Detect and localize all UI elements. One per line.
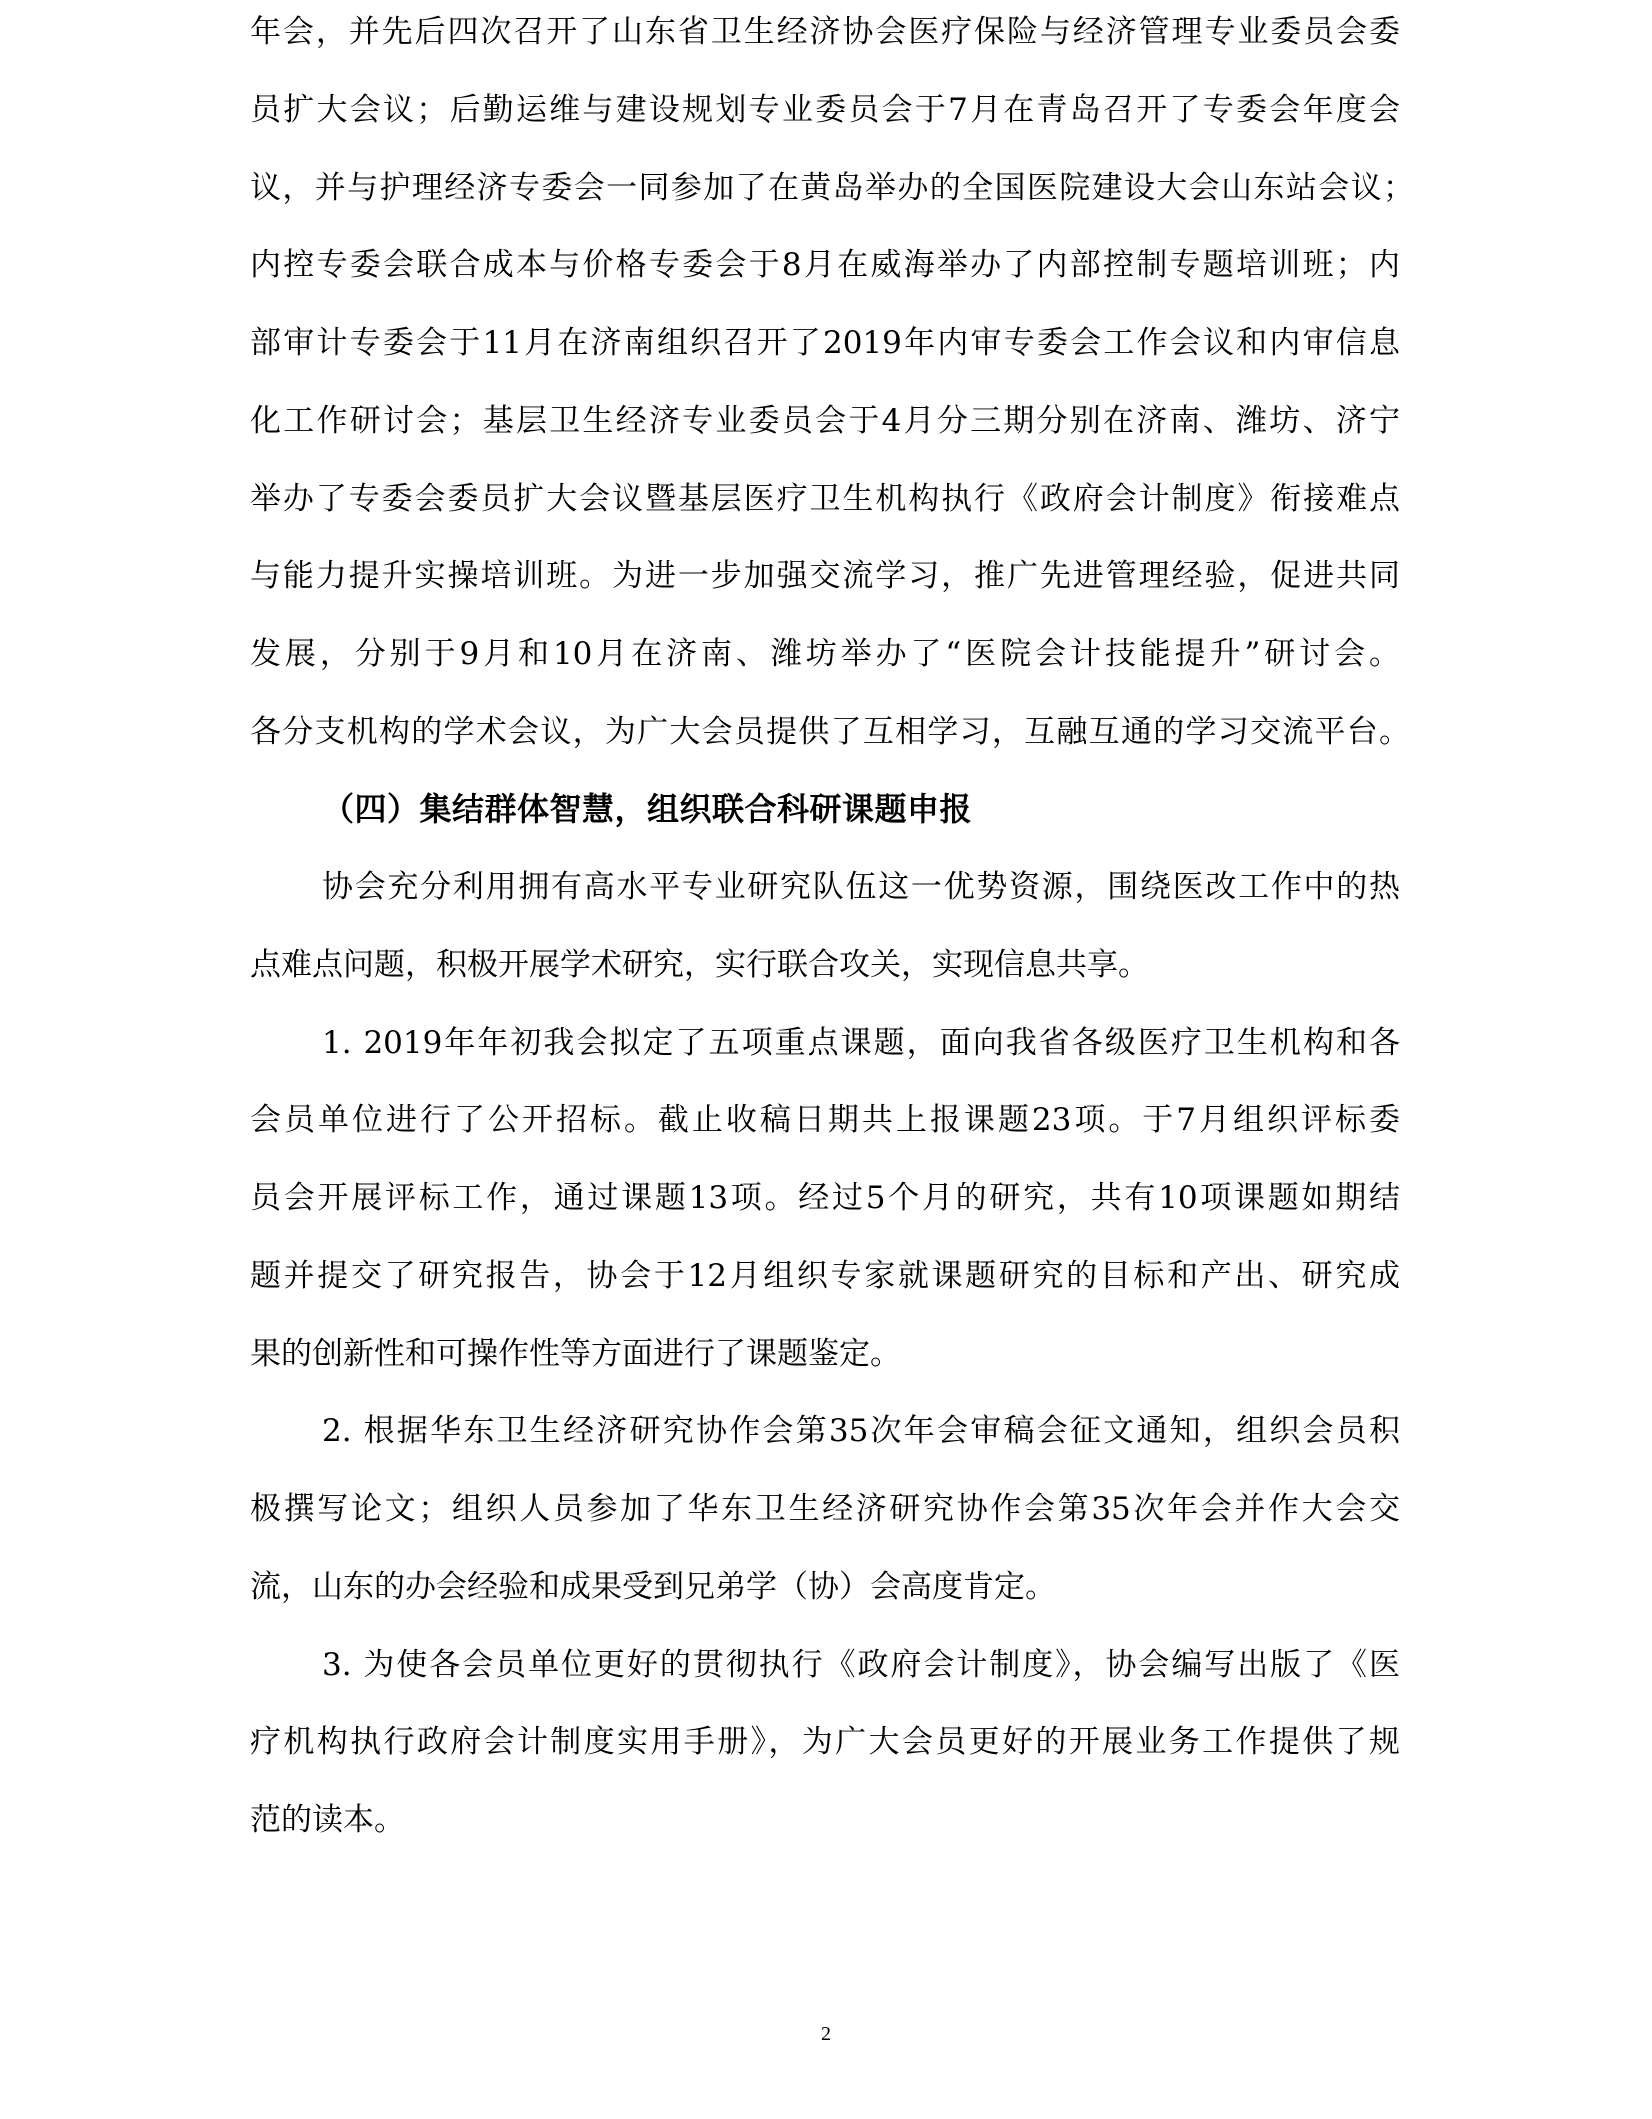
paragraph-line: 与能力提升实操培训班。为进一步加强交流学习，推广先进管理经验，促进共同: [250, 556, 1400, 596]
paragraph-line: 内控专委会联合成本与价格专委会于8月在威海举办了内部控制专题培训班；内: [250, 245, 1400, 285]
paragraph-line: 化工作研讨会；基层卫生经济专业委员会于4月分三期分别在济南、潍坊、济宁: [250, 401, 1400, 441]
page-number: 2: [814, 2020, 838, 2048]
list-item-1-line: 员会开展评标工作，通过课题13项。经过5个月的研究，共有10项课题如期结: [250, 1178, 1400, 1218]
list-item-3-line: 疗机构执行政府会计制度实用手册》，为广大会员更好的开展业务工作提供了规: [250, 1722, 1400, 1762]
list-item-1-line: 题并提交了研究报告，协会于12月组织专家就课题研究的目标和产出、研究成: [250, 1256, 1400, 1296]
list-item-3-line: 范的读本。: [250, 1800, 1400, 1840]
paragraph-line: 部审计专委会于11月在济南组织召开了2019年内审专委会工作会议和内审信息: [250, 323, 1400, 363]
list-item-2-line: 2. 根据华东卫生经济研究协作会第35次年会审稿会征文通知，组织会员积: [322, 1411, 1400, 1451]
list-item-3-line: 3. 为使各会员单位更好的贯彻执行《政府会计制度》，协会编写出版了《医: [322, 1645, 1400, 1685]
paragraph-line: 员扩大会议；后勤运维与建设规划专业委员会于7月在青岛召开了专委会年度会: [250, 90, 1400, 130]
list-item-1-line: 会员单位进行了公开招标。截止收稿日期共上报课题23项。于7月组织评标委: [250, 1100, 1400, 1140]
paragraph-line: 议，并与护理经济专委会一同参加了在黄岛举办的全国医院建设大会山东站会议；: [250, 168, 1414, 208]
paragraph-line: 协会充分利用拥有高水平专业研究队伍这一优势资源，围绕医改工作中的热: [322, 867, 1400, 907]
list-item-2-line: 流，山东的办会经验和成果受到兄弟学（协）会高度肯定。: [250, 1567, 1400, 1607]
paragraph-line: 各分支机构的学术会议，为广大会员提供了互相学习，互融互通的学习交流平台。: [250, 712, 1410, 752]
paragraph-line: 发展，分别于9月和10月在济南、潍坊举办了“医院会计技能提升”研讨会。: [250, 634, 1400, 674]
paragraph-line: 年会，并先后四次召开了山东省卫生经济协会医疗保险与经济管理专业委员会委: [250, 12, 1400, 52]
paragraph-line: 举办了专委会委员扩大会议暨基层医疗卫生机构执行《政府会计制度》衔接难点: [250, 479, 1400, 519]
paragraph-line: 点难点问题，积极开展学术研究，实行联合攻关，实现信息共享。: [250, 945, 1400, 985]
list-item-2-line: 极撰写论文；组织人员参加了华东卫生经济研究协作会第35次年会并作大会交: [250, 1489, 1400, 1529]
document-page: 年会，并先后四次召开了山东省卫生经济协会医疗保险与经济管理专业委员会委 员扩大会…: [0, 0, 1652, 2119]
list-item-1-line: 果的创新性和可操作性等方面进行了课题鉴定。: [250, 1334, 1400, 1374]
list-item-1-line: 1. 2019年年初我会拟定了五项重点课题，面向我省各级医疗卫生机构和各: [322, 1023, 1400, 1063]
section-heading: （四）集结群体智慧，组织联合科研课题申报: [322, 789, 972, 829]
